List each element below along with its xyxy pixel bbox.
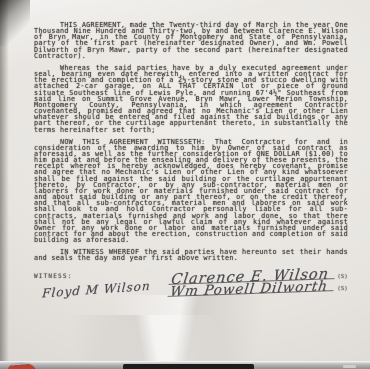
browser-logo-icon[interactable] (8, 363, 35, 369)
paper-corner-shadow (0, 0, 30, 46)
contractor-signature: Wm Powell Dilworth (168, 283, 335, 297)
paper-edge-shadow (0, 0, 9, 361)
contractor-signature-row: Wm Powell Dilworth (S) (168, 286, 348, 294)
signature-block: WITNESS: Floyd M Wilson Clarence E. Wils… (34, 274, 348, 298)
paragraph-in-witness-whereof: IN WITNESS WHEREOF the said parties have… (34, 249, 348, 261)
scanned-document: THIS AGREEMENT, made the Twenty-third da… (0, 0, 370, 361)
party-signatures: Clarence E. Wilson (S) Wm Powell Dilwort… (172, 274, 348, 298)
paragraph-whereas: Whereas the said parties have by a duly … (34, 65, 348, 133)
taskbar[interactable] (0, 361, 370, 369)
paper-crease (0, 315, 370, 361)
witness-section: WITNESS: Floyd M Wilson (34, 274, 166, 292)
paragraph-preamble: THIS AGREEMENT, made the Twenty-third da… (34, 22, 348, 59)
taskbar-right-mark (343, 365, 356, 368)
paragraph-witnesseth: NOW THIS AGREEMENT WITNESSETH: That Cont… (34, 139, 348, 244)
contractor-seal-mark: (S) (337, 286, 348, 294)
document-body: THIS AGREEMENT, made the Twenty-third da… (34, 22, 348, 298)
owner-seal-mark: (S) (337, 274, 348, 282)
witness-signature: Floyd M Wilson (42, 281, 166, 296)
screen: THIS AGREEMENT, made the Twenty-third da… (0, 0, 370, 369)
taskbar-app-segment[interactable] (123, 364, 254, 369)
